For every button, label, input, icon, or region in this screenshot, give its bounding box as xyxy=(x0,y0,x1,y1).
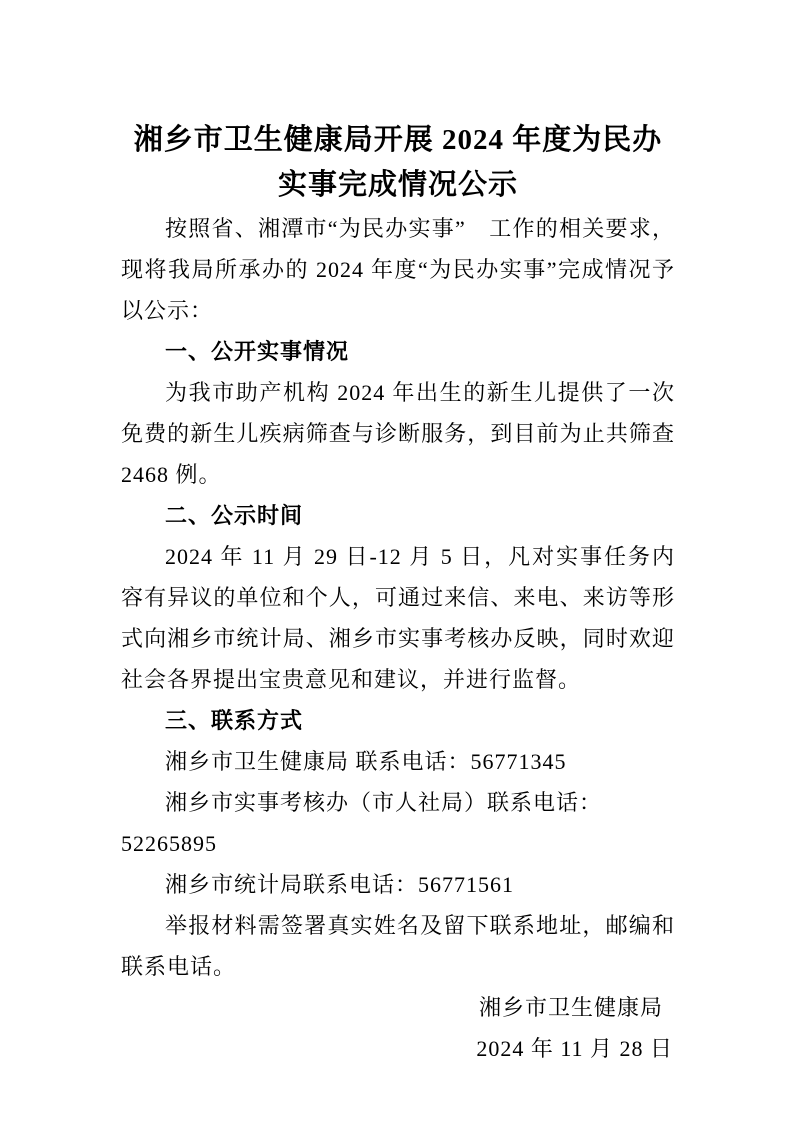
intro-paragraph: 按照省、湘潭市“为民办实事” 工作的相关要求，现将我局所承办的 2024 年度“… xyxy=(121,208,675,331)
signature-organization: 湘乡市卫生健康局 xyxy=(121,987,675,1028)
section-heading-contact-info: 三、联系方式 xyxy=(121,700,675,741)
document-title: 湘乡市卫生健康局开展 2024 年度为民办实事完成情况公示 xyxy=(124,118,672,208)
signature-date: 2024 年 11 月 28 日 xyxy=(121,1028,675,1069)
section-public-matters-paragraph: 为我市助产机构 2024 年出生的新生儿提供了一次免费的新生儿疾病筛查与诊断服务… xyxy=(121,372,675,495)
report-requirements-paragraph: 举报材料需签署真实姓名及留下联系地址，邮编和联系电话。 xyxy=(121,905,675,987)
section-heading-publicity-period: 二、公示时间 xyxy=(121,495,675,536)
contact-health-bureau: 湘乡市卫生健康局 联系电话：56771345 xyxy=(121,741,675,782)
section-publicity-period-paragraph: 2024 年 11 月 29 日-12 月 5 日，凡对实事任务内容有异议的单位… xyxy=(121,536,675,700)
section-heading-public-matters: 一、公开实事情况 xyxy=(121,331,675,372)
contact-assessment-office: 湘乡市实事考核办（市人社局）联系电话：52265895 xyxy=(121,782,675,864)
document-page: 湘乡市卫生健康局开展 2024 年度为民办实事完成情况公示 按照省、湘潭市“为民… xyxy=(0,0,794,1122)
contact-statistics-bureau: 湘乡市统计局联系电话：56771561 xyxy=(121,864,675,905)
